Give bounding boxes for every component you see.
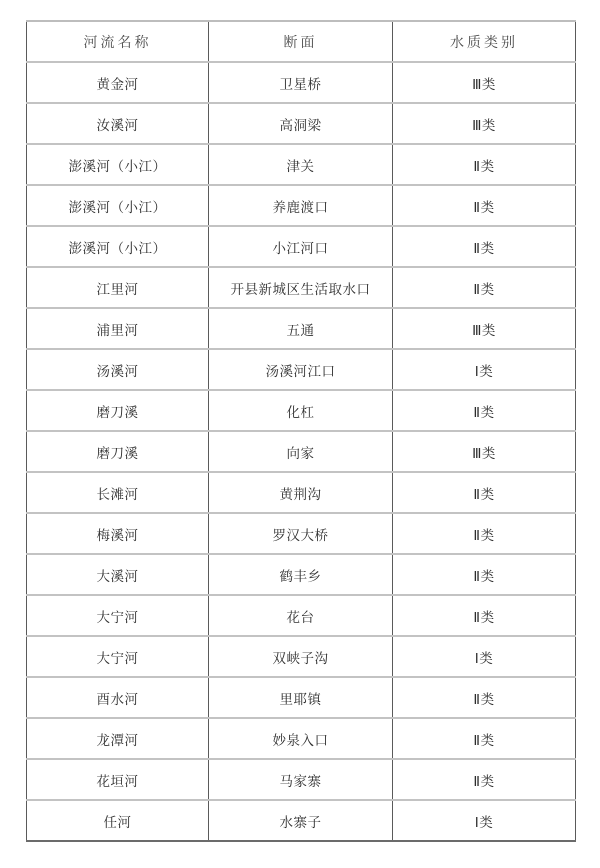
water-quality-table: 河流名称 断面 水质类别 黄金河 卫星桥 Ⅲ类 汝溪河 高洞梁 Ⅲ类 澎溪河（小…	[26, 20, 576, 842]
table-row: 汤溪河 汤溪河江口 Ⅰ类	[27, 349, 576, 390]
river-name-cell: 大宁河	[27, 595, 209, 636]
river-name-cell: 任河	[27, 800, 209, 841]
river-name-cell: 澎溪河（小江）	[27, 144, 209, 185]
water-quality-cell: Ⅱ类	[393, 226, 576, 267]
water-quality-cell: Ⅰ类	[393, 349, 576, 390]
water-quality-cell: Ⅱ类	[393, 759, 576, 800]
water-quality-cell: Ⅲ类	[393, 103, 576, 144]
section-cell: 花台	[209, 595, 393, 636]
table-row: 长滩河 黄荆沟 Ⅱ类	[27, 472, 576, 513]
column-header-water-quality: 水质类别	[393, 21, 576, 62]
section-cell: 卫星桥	[209, 62, 393, 103]
water-quality-cell: Ⅲ类	[393, 431, 576, 472]
river-name-cell: 大宁河	[27, 636, 209, 677]
column-header-section: 断面	[209, 21, 393, 62]
table-row: 梅溪河 罗汉大桥 Ⅱ类	[27, 513, 576, 554]
water-quality-cell: Ⅱ类	[393, 472, 576, 513]
water-quality-cell: Ⅱ类	[393, 513, 576, 554]
water-quality-cell: Ⅱ类	[393, 185, 576, 226]
table-row: 澎溪河（小江） 津关 Ⅱ类	[27, 144, 576, 185]
water-quality-cell: Ⅱ类	[393, 718, 576, 759]
river-name-cell: 大溪河	[27, 554, 209, 595]
water-quality-cell: Ⅱ类	[393, 595, 576, 636]
table-row: 江里河 开县新城区生活取水口 Ⅱ类	[27, 267, 576, 308]
table-row: 黄金河 卫星桥 Ⅲ类	[27, 62, 576, 103]
river-name-cell: 澎溪河（小江）	[27, 226, 209, 267]
water-quality-cell: Ⅱ类	[393, 267, 576, 308]
water-quality-cell: Ⅰ类	[393, 800, 576, 841]
table-row: 大溪河 鹤丰乡 Ⅱ类	[27, 554, 576, 595]
table-row: 澎溪河（小江） 养鹿渡口 Ⅱ类	[27, 185, 576, 226]
section-cell: 妙泉入口	[209, 718, 393, 759]
river-name-cell: 酉水河	[27, 677, 209, 718]
table-row: 汝溪河 高洞梁 Ⅲ类	[27, 103, 576, 144]
river-name-cell: 龙潭河	[27, 718, 209, 759]
table-row: 大宁河 花台 Ⅱ类	[27, 595, 576, 636]
column-header-river-name: 河流名称	[27, 21, 209, 62]
river-name-cell: 长滩河	[27, 472, 209, 513]
section-cell: 养鹿渡口	[209, 185, 393, 226]
water-quality-cell: Ⅲ类	[393, 308, 576, 349]
river-name-cell: 澎溪河（小江）	[27, 185, 209, 226]
water-quality-table-container: 河流名称 断面 水质类别 黄金河 卫星桥 Ⅲ类 汝溪河 高洞梁 Ⅲ类 澎溪河（小…	[26, 20, 575, 842]
water-quality-cell: Ⅱ类	[393, 677, 576, 718]
section-cell: 五通	[209, 308, 393, 349]
river-name-cell: 梅溪河	[27, 513, 209, 554]
table-row: 龙潭河 妙泉入口 Ⅱ类	[27, 718, 576, 759]
river-name-cell: 黄金河	[27, 62, 209, 103]
section-cell: 化杠	[209, 390, 393, 431]
water-quality-cell: Ⅰ类	[393, 636, 576, 677]
river-name-cell: 花垣河	[27, 759, 209, 800]
section-cell: 津关	[209, 144, 393, 185]
section-cell: 汤溪河江口	[209, 349, 393, 390]
river-name-cell: 汤溪河	[27, 349, 209, 390]
section-cell: 水寨子	[209, 800, 393, 841]
section-cell: 黄荆沟	[209, 472, 393, 513]
section-cell: 里耶镇	[209, 677, 393, 718]
section-cell: 马家寨	[209, 759, 393, 800]
header-row: 河流名称 断面 水质类别	[27, 21, 576, 62]
table-row: 花垣河 马家寨 Ⅱ类	[27, 759, 576, 800]
section-cell: 双峡子沟	[209, 636, 393, 677]
river-name-cell: 磨刀溪	[27, 431, 209, 472]
table-row: 磨刀溪 向家 Ⅲ类	[27, 431, 576, 472]
water-quality-cell: Ⅱ类	[393, 554, 576, 595]
table-row: 浦里河 五通 Ⅲ类	[27, 308, 576, 349]
section-cell: 向家	[209, 431, 393, 472]
section-cell: 鹤丰乡	[209, 554, 393, 595]
water-quality-cell: Ⅱ类	[393, 144, 576, 185]
section-cell: 开县新城区生活取水口	[209, 267, 393, 308]
table-row: 大宁河 双峡子沟 Ⅰ类	[27, 636, 576, 677]
table-row: 酉水河 里耶镇 Ⅱ类	[27, 677, 576, 718]
water-quality-cell: Ⅱ类	[393, 390, 576, 431]
river-name-cell: 江里河	[27, 267, 209, 308]
section-cell: 小江河口	[209, 226, 393, 267]
table-body: 黄金河 卫星桥 Ⅲ类 汝溪河 高洞梁 Ⅲ类 澎溪河（小江） 津关 Ⅱ类 澎溪河（…	[27, 62, 576, 841]
river-name-cell: 汝溪河	[27, 103, 209, 144]
section-cell: 高洞梁	[209, 103, 393, 144]
water-quality-cell: Ⅲ类	[393, 62, 576, 103]
section-cell: 罗汉大桥	[209, 513, 393, 554]
table-row: 澎溪河（小江） 小江河口 Ⅱ类	[27, 226, 576, 267]
river-name-cell: 磨刀溪	[27, 390, 209, 431]
table-row: 磨刀溪 化杠 Ⅱ类	[27, 390, 576, 431]
river-name-cell: 浦里河	[27, 308, 209, 349]
table-row: 任河 水寨子 Ⅰ类	[27, 800, 576, 841]
